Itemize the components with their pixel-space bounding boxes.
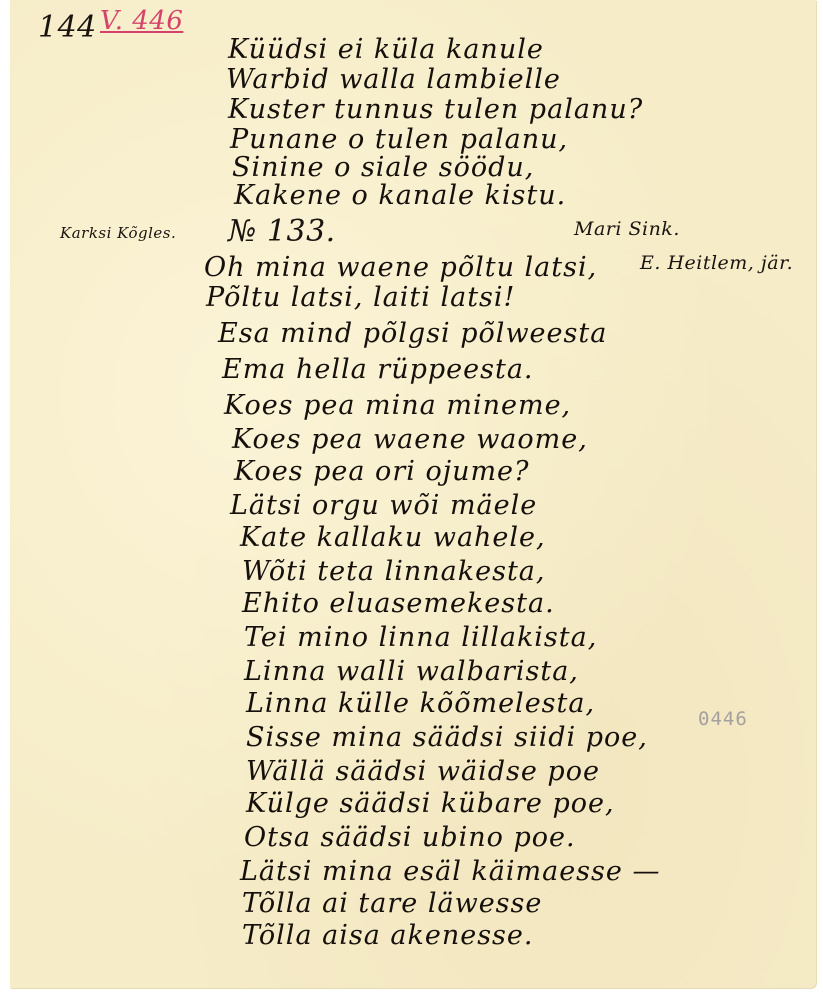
song-line: Esa mind põlgsi põlweesta <box>218 318 607 349</box>
song-line: Otsa säädsi ubino poe. <box>244 822 576 853</box>
verse-line: Kuster tunnus tulen palanu? <box>228 94 643 125</box>
song-line: Koes pea mina mineme, <box>224 390 571 421</box>
song-line: Linna külle kõõmelesta, <box>246 688 595 719</box>
song-line: Tõlla aisa akenesse. <box>242 920 533 951</box>
song-line: Tei mino linna lillakista, <box>244 622 597 653</box>
song-line: Tõlla ai tare läwesse <box>242 888 542 919</box>
song-line: Wällä säädsi wäidse poe <box>246 756 600 787</box>
archive-stamp: 0446 <box>698 708 748 730</box>
verse-line: Sinine o siale söödu, <box>232 152 534 183</box>
margin-note-parish: Karksi Kõgles. <box>60 224 176 242</box>
song-line: Külge säädsi kübare poe, <box>246 788 615 819</box>
song-line: Ehito eluasemekesta. <box>242 588 555 619</box>
song-line: Koes pea ori ojume? <box>234 456 530 487</box>
song-line: Kate kallaku wahele, <box>240 522 546 553</box>
song-line: Koes pea waene waome, <box>232 424 588 455</box>
song-line: Põltu latsi, laiti latsi! <box>206 282 515 313</box>
collector-name: E. Heitlem, jär. <box>640 252 793 274</box>
verse-line: Warbid walla lambielle <box>226 64 561 95</box>
song-line: Linna walli walbarista, <box>244 656 579 687</box>
song-line: Wõti teta linnakesta, <box>242 556 545 587</box>
song-line: Lätsi mina esäl käimaesse — <box>240 856 660 887</box>
song-line: Ema hella rüppeesta. <box>222 354 534 385</box>
verse-line: Punane o tulen palanu, <box>230 124 568 155</box>
verse-line: Kakene o kanale kistu. <box>234 180 566 211</box>
song-line: Oh mina waene põltu latsi, <box>204 252 597 283</box>
song-line: Sisse mina säädsi siidi poe, <box>246 722 648 753</box>
page-number: 144 <box>38 10 97 45</box>
verse-line: Küüdsi ei küla kanule <box>228 34 544 65</box>
song-line: Lätsi orgu wõi mäele <box>230 490 537 521</box>
archive-reference: V. 446 <box>100 6 183 36</box>
singer-name: Mari Sink. <box>574 218 680 240</box>
song-number: № 133. <box>228 214 336 249</box>
